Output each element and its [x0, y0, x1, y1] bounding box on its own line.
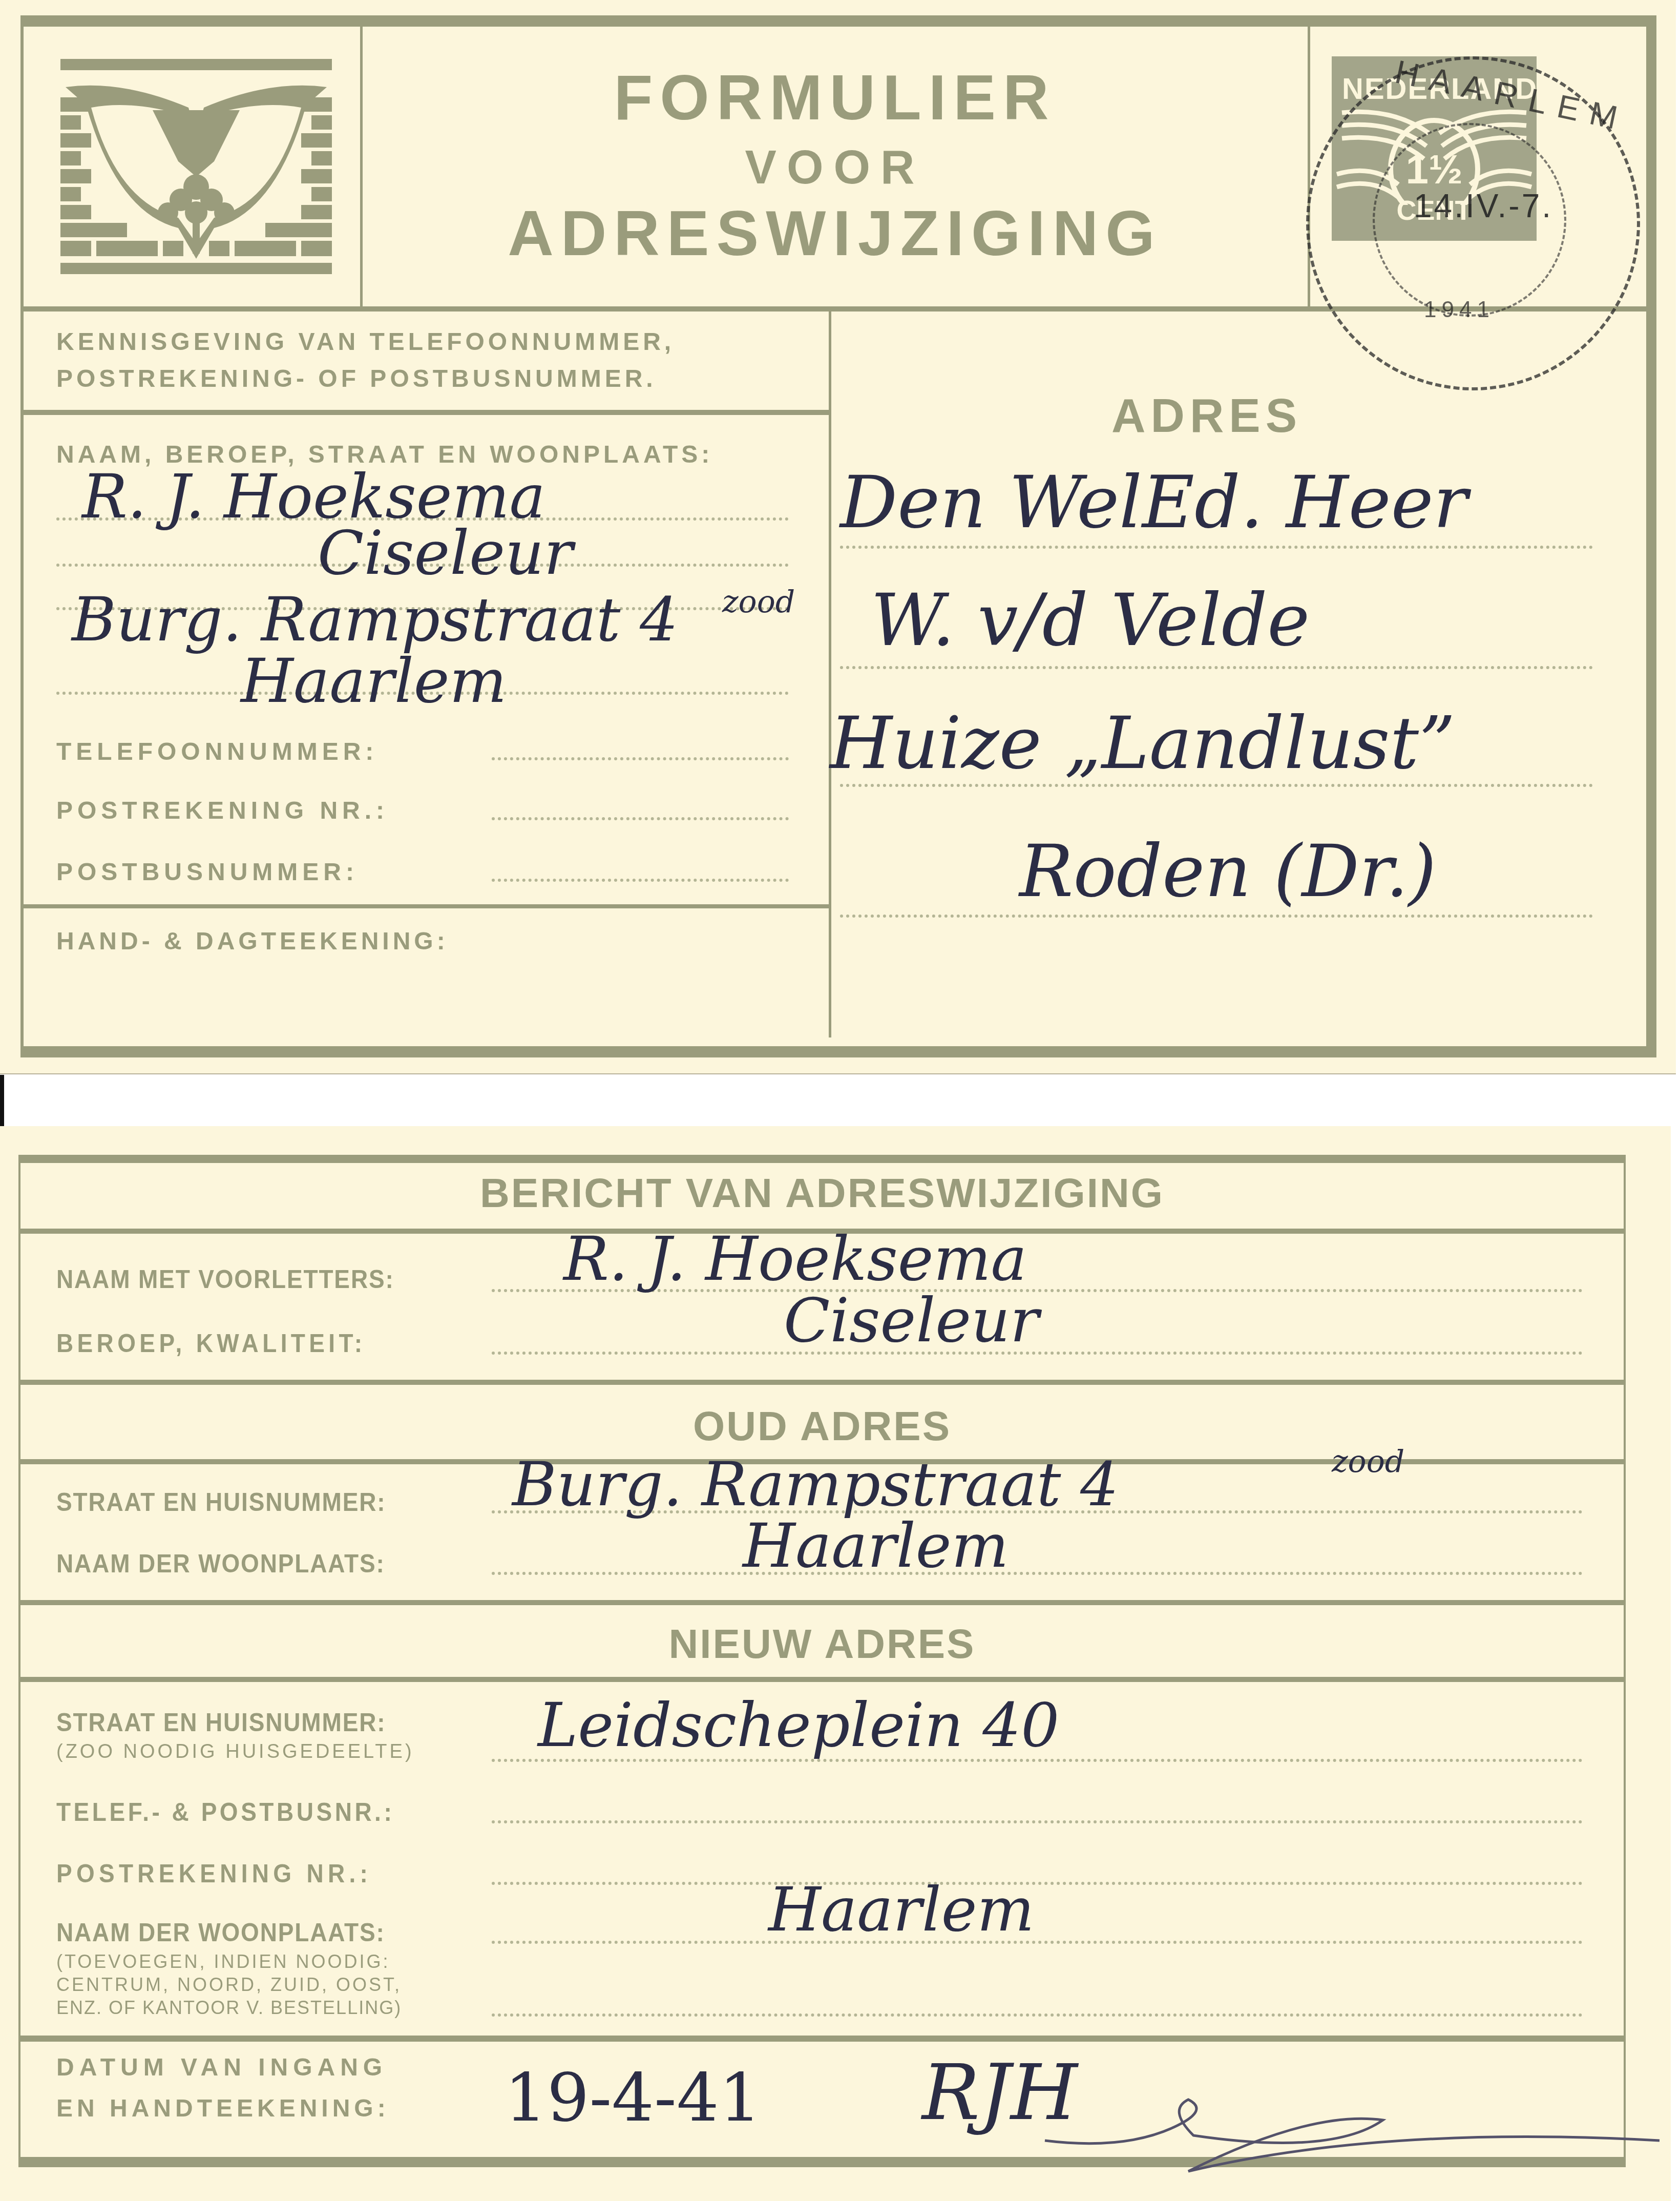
address-line-2[interactable]: [840, 666, 1593, 669]
address-line-4[interactable]: [840, 915, 1593, 918]
form-title-line2: VOOR: [361, 141, 1309, 195]
new-city-note-2: CENTRUM, NOORD, ZUID, OOST,: [56, 1974, 402, 1996]
sender-city: Haarlem: [241, 646, 507, 716]
form-title-line1: FORMULIER: [361, 61, 1309, 134]
phone-field[interactable]: [492, 757, 789, 760]
old-street-value: Burg. Rampstraat 4: [512, 1449, 1119, 1520]
phone-label: TELEFOONNUMMER:: [56, 738, 378, 766]
new-street-sublabel: (ZOO NOODIG HUISGEDEELTE): [56, 1741, 414, 1763]
date-divider: [20, 2036, 1624, 2042]
notice-divider: [20, 410, 830, 415]
signature-label: EN HANDTEEKENING:: [56, 2094, 390, 2123]
swallow-logo-icon: [60, 59, 332, 274]
back-heading: BERICHT VAN ADRESWIJZIGING: [20, 1170, 1624, 1217]
postmark-date: 14.IV.-7.: [1414, 187, 1553, 225]
new-city-note-3: ENZ. OF KANTOOR V. BESTELLING): [56, 1997, 402, 2019]
old-city-value: Haarlem: [743, 1510, 1009, 1581]
new-city-field[interactable]: [492, 1941, 1583, 1944]
address-city: Roden (Dr.): [1019, 830, 1436, 913]
address-salutation: Den WelEd. Heer: [840, 461, 1467, 545]
occupation-value: Ciseleur: [784, 1285, 1039, 1356]
start-date-value: 19-4-41: [505, 2059, 761, 2136]
form-title-line3: ADRESWIJZIGING: [361, 197, 1309, 270]
new-city-label: NAAM DER WOONPLAATS:: [56, 1918, 385, 1947]
old-city-label: NAAM DER WOONPLAATS:: [56, 1549, 385, 1579]
column-divider: [829, 310, 831, 1037]
new-heading-divider: [20, 1677, 1624, 1682]
signature-divider: [20, 904, 830, 908]
new-street-label: STRAAT EN HUISNUMMER:: [56, 1708, 386, 1737]
old-address-divider: [20, 1600, 1624, 1605]
person-divider: [20, 1380, 1624, 1385]
new-giro-label: POSTREKENING NR.:: [56, 1859, 372, 1888]
occupation-label: BEROEP, KWALITEIT:: [56, 1328, 366, 1358]
pobox-label: POSTBUSNUMMER:: [56, 858, 359, 886]
sender-occupation: Ciseleur: [318, 517, 573, 588]
notice-line2: POSTREKENING- OF POSTBUSNUMMER.: [56, 365, 657, 393]
signature-date-label: HAND- & DAGTEEKENING:: [56, 927, 449, 956]
address-line-1[interactable]: [840, 546, 1593, 549]
postmark-year: 1941: [1424, 297, 1495, 323]
pobox-field[interactable]: [492, 879, 789, 882]
postcard-back: BERICHT VAN ADRESWIJZIGING NAAM MET VOOR…: [0, 1126, 1671, 2201]
name-value: R. J. Hoeksema: [563, 1223, 1027, 1294]
new-street-value: Leidscheplein 40: [538, 1690, 1059, 1760]
old-address-heading: OUD ADRES: [20, 1403, 1624, 1450]
new-city-value: Haarlem: [768, 1874, 1034, 1945]
scan-edge: [0, 1075, 4, 1126]
new-city-note-1: (TOEVOEGEN, INDIEN NOODIG:: [56, 1951, 390, 1972]
new-city-note-field[interactable]: [492, 2013, 1583, 2017]
signature-flourish-icon: [1024, 2079, 1670, 2182]
notice-line1: KENNISGEVING VAN TELEFOONNUMMER,: [56, 328, 675, 356]
tel-pobox-label: TELEF.- & POSTBUSNR.:: [56, 1797, 394, 1827]
giro-field[interactable]: [492, 817, 789, 820]
new-address-heading: NIEUW ADRES: [20, 1621, 1624, 1668]
giro-label: POSTREKENING NR.:: [56, 797, 389, 825]
new-giro-field[interactable]: [492, 1882, 1583, 1885]
address-heading: ADRES: [1111, 389, 1302, 443]
old-street-label: STRAAT EN HUISNUMMER:: [56, 1487, 386, 1517]
name-label: NAAM MET VOORLETTERS:: [56, 1264, 394, 1294]
address-name: W. v/d Velde: [871, 579, 1310, 662]
sender-street-floor: zood: [722, 584, 795, 620]
start-date-label: DATUM VAN INGANG: [56, 2053, 387, 2082]
old-city-field[interactable]: [492, 1572, 1583, 1575]
sender-street: Burg. Rampstraat 4: [72, 584, 678, 655]
old-street-floor: zood: [1332, 1444, 1404, 1480]
address-house: Huize „Landlust”: [830, 702, 1456, 785]
postcard-front: FORMULIER VOOR ADRESWIJZIGING NEDERLAND …: [0, 0, 1676, 1073]
tel-pobox-field[interactable]: [492, 1820, 1583, 1823]
